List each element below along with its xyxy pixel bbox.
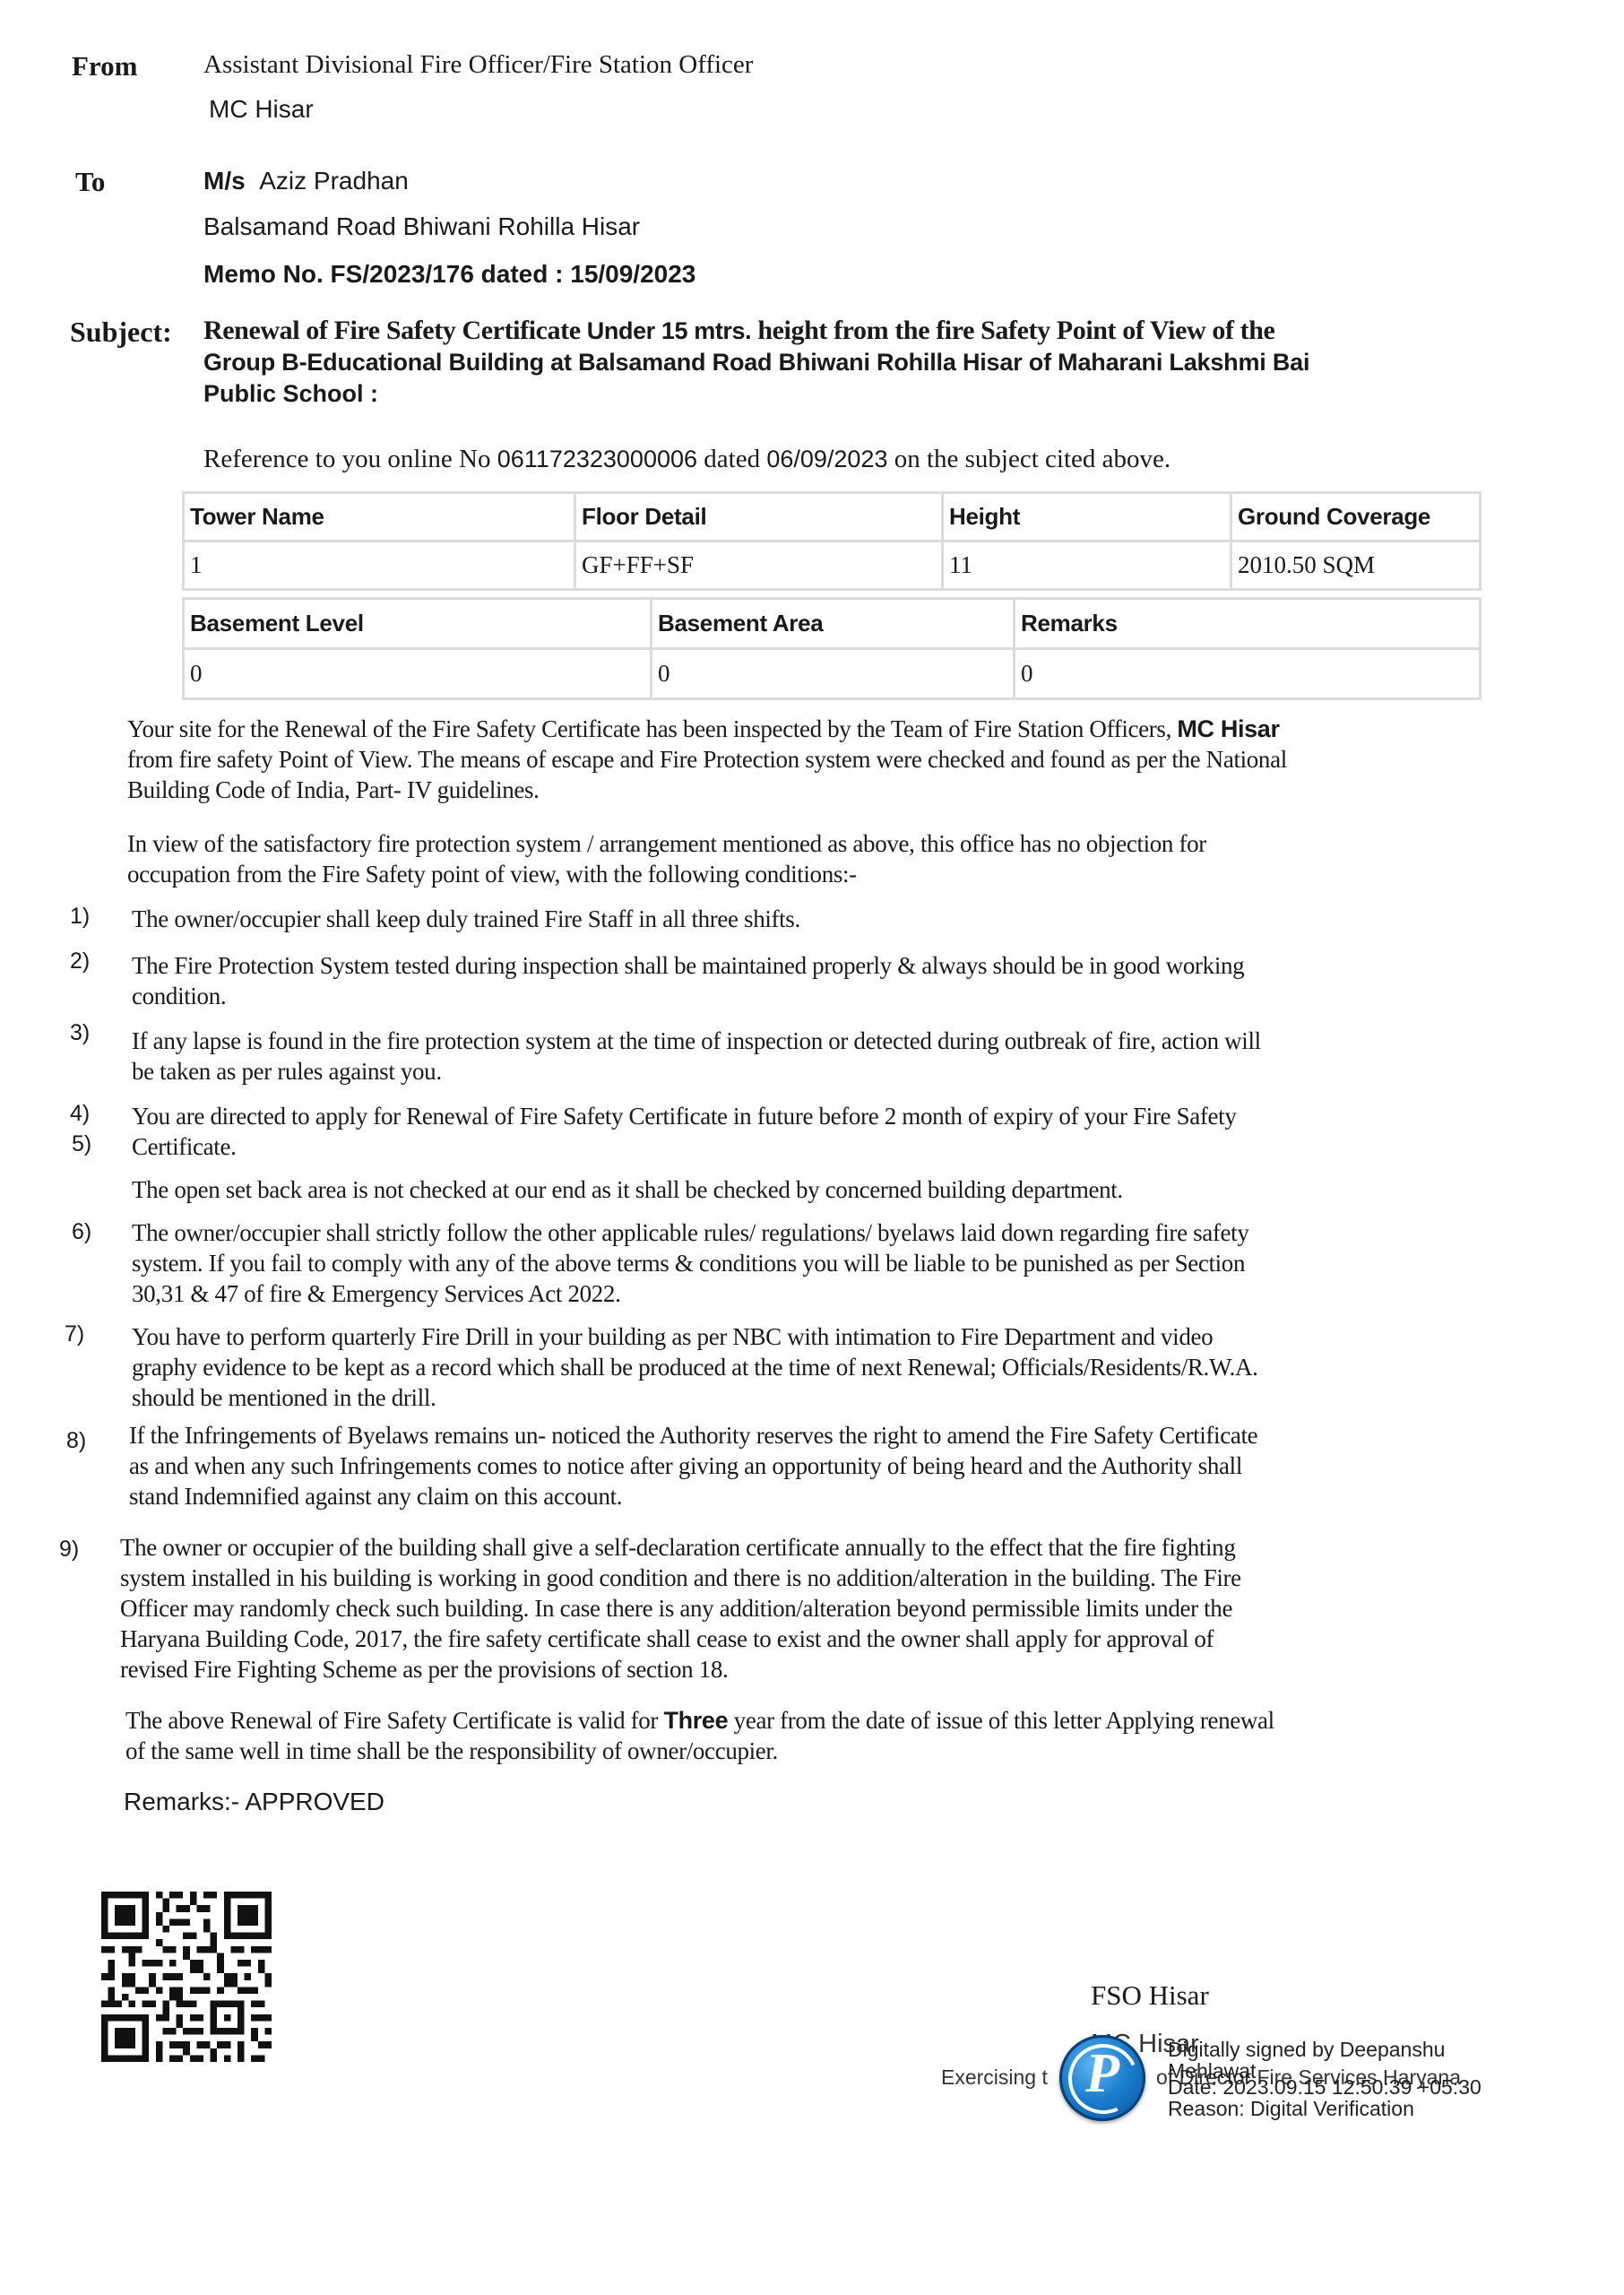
subject-label: Subject: xyxy=(70,316,172,349)
inspection-line-2: from fire safety Point of View. The mean… xyxy=(127,744,1287,775)
reference-suffix: on the subject cited above. xyxy=(894,445,1170,473)
table-row: 0 0 0 xyxy=(184,649,1481,699)
col-ground-coverage: Ground Coverage xyxy=(1231,493,1481,541)
condition-8: If the Infringements of Byelaws remains … xyxy=(129,1420,1257,1511)
noc-line-2: occupation from the Fire Safety point of… xyxy=(127,859,1206,889)
table-row: 1 GF+FF+SF 11 2010.50 SQM xyxy=(184,541,1481,590)
condition-number: 7) xyxy=(65,1321,84,1347)
condition-1: The owner/occupier shall keep duly train… xyxy=(132,904,800,934)
condition-4: You are directed to apply for Renewal of… xyxy=(132,1101,1236,1162)
col-remarks: Remarks xyxy=(1015,599,1481,649)
cell-ground-coverage: 2010.50 SQM xyxy=(1231,541,1481,590)
recipient: M/s Aziz Pradhan xyxy=(203,167,409,195)
condition-line: The owner/occupier shall keep duly train… xyxy=(132,904,800,934)
subject-part-3: height from the fire Safety Point of Vie… xyxy=(757,316,1274,345)
cell-height: 11 xyxy=(943,541,1231,590)
condition-line: Officer may randomly check such building… xyxy=(120,1593,1241,1624)
subject-line-2: Group B-Educational Building at Balsaman… xyxy=(203,349,1309,377)
subject-line-1: Renewal of Fire Safety Certificate Under… xyxy=(203,316,1274,346)
condition-9: The owner or occupier of the building sh… xyxy=(120,1532,1241,1684)
reference-mid: dated xyxy=(704,445,760,473)
col-height: Height xyxy=(943,493,1231,541)
condition-number: 2) xyxy=(70,948,90,974)
condition-line: as and when any such Infringements comes… xyxy=(129,1451,1257,1481)
condition-number: 8) xyxy=(66,1428,86,1454)
signatory-designation: FSO Hisar xyxy=(1091,1979,1209,2012)
signature-reason: Reason: Digital Verification xyxy=(1168,2098,1481,2119)
cell-floor-detail: GF+FF+SF xyxy=(575,541,943,590)
remarks-status: Remarks:- APPROVED xyxy=(124,1788,384,1816)
qr-code-icon xyxy=(101,1892,272,2062)
condition-6: The owner/occupier shall strictly follow… xyxy=(132,1217,1248,1309)
inspection-paragraph: Your site for the Renewal of the Fire Sa… xyxy=(127,714,1287,805)
condition-line: If any lapse is found in the fire protec… xyxy=(132,1026,1261,1056)
condition-number: 5) xyxy=(72,1131,91,1157)
exercising-powers-text: Exercising t xyxy=(941,2065,1048,2090)
basement-table-header-row: Basement Level Basement Area Remarks xyxy=(184,599,1481,649)
signed-by-line-1: Digitally signed by Deepanshu xyxy=(1168,2039,1481,2060)
noc-line-1: In view of the satisfactory fire protect… xyxy=(127,828,1206,859)
validity-suffix: year from the date of issue of this lett… xyxy=(734,1707,1274,1734)
condition-line: You have to perform quarterly Fire Drill… xyxy=(132,1321,1258,1352)
col-floor-detail: Floor Detail xyxy=(575,493,943,541)
validity-line-2: of the same well in time shall be the re… xyxy=(125,1736,1274,1766)
basement-table: Basement Level Basement Area Remarks 0 0… xyxy=(182,597,1481,700)
condition-2: The Fire Protection System tested during… xyxy=(132,950,1244,1011)
condition-line: revised Fire Fighting Scheme as per the … xyxy=(120,1654,1241,1684)
condition-line: If the Infringements of Byelaws remains … xyxy=(129,1420,1257,1451)
condition-number: 6) xyxy=(72,1219,91,1245)
inspection-office: MC Hisar xyxy=(1177,715,1279,742)
recipient-prefix: M/s xyxy=(203,167,246,195)
condition-7: You have to perform quarterly Fire Drill… xyxy=(132,1321,1258,1413)
validity-term: Three xyxy=(663,1707,728,1734)
from-office: MC Hisar xyxy=(209,95,314,124)
condition-line: The open set back area is not checked at… xyxy=(132,1174,1123,1205)
from-label: From xyxy=(72,50,137,82)
condition-number: 1) xyxy=(70,904,90,930)
condition-line: 30,31 & 47 of fire & Emergency Services … xyxy=(132,1278,1248,1309)
signature-date: Date: 2023.09.15 12:50:39 +05:30 xyxy=(1168,2076,1481,2098)
col-basement-area: Basement Area xyxy=(652,599,1015,649)
tower-table: Tower Name Floor Detail Height Ground Co… xyxy=(182,491,1481,591)
condition-line: Haryana Building Code, 2017, the fire sa… xyxy=(120,1624,1241,1654)
condition-line: The Fire Protection System tested during… xyxy=(132,950,1244,981)
recipient-address: Balsamand Road Bhiwani Rohilla Hisar xyxy=(203,212,640,241)
subject-part-2: Under 15 mtrs. xyxy=(587,317,751,344)
condition-line: Certificate. xyxy=(132,1131,1236,1162)
reference-prefix: Reference to you online No xyxy=(203,445,491,473)
condition-line: graphy evidence to be kept as a record w… xyxy=(132,1352,1258,1382)
condition-3: If any lapse is found in the fire protec… xyxy=(132,1026,1261,1087)
condition-number: 4) xyxy=(70,1101,90,1127)
digital-signature-info: Digitally signed by Deepanshu Mehlawat D… xyxy=(1168,2039,1481,2119)
memo-number: Memo No. FS/2023/176 dated : 15/09/2023 xyxy=(203,260,695,289)
reference-number: 061172323000006 xyxy=(497,446,697,472)
inspection-line-1: Your site for the Renewal of the Fire Sa… xyxy=(127,715,1171,742)
condition-line: system. If you fail to comply with any o… xyxy=(132,1248,1248,1278)
col-basement-level: Basement Level xyxy=(184,599,652,649)
from-designation: Assistant Divisional Fire Officer/Fire S… xyxy=(203,50,753,80)
condition-number: 9) xyxy=(59,1537,79,1563)
condition-line: system installed in his building is work… xyxy=(120,1563,1241,1593)
cell-basement-level: 0 xyxy=(184,649,652,699)
condition-line: condition. xyxy=(132,981,1244,1011)
reference-line: Reference to you online No 0611723230000… xyxy=(203,445,1170,474)
cell-tower-name: 1 xyxy=(184,541,575,590)
seal-letter: P xyxy=(1059,2042,1145,2106)
condition-line: be taken as per rules against you. xyxy=(132,1056,1261,1087)
condition-line: The owner or occupier of the building sh… xyxy=(120,1532,1241,1563)
exercising-prefix: Exercising t xyxy=(941,2065,1048,2089)
subject-part-1: Renewal of Fire Safety Certificate xyxy=(203,316,581,345)
condition-line: stand Indemnified against any claim on t… xyxy=(129,1481,1257,1511)
cell-basement-area: 0 xyxy=(652,649,1015,699)
validity-paragraph: The above Renewal of Fire Safety Certifi… xyxy=(125,1705,1274,1766)
noc-paragraph: In view of the satisfactory fire protect… xyxy=(127,828,1206,889)
subject-line-3: Public School : xyxy=(203,380,378,408)
col-tower-name: Tower Name xyxy=(184,493,575,541)
condition-5: The open set back area is not checked at… xyxy=(132,1174,1123,1205)
tower-table-header-row: Tower Name Floor Detail Height Ground Co… xyxy=(184,493,1481,541)
validity-prefix: The above Renewal of Fire Safety Certifi… xyxy=(125,1707,658,1734)
reference-date: 06/09/2023 xyxy=(766,446,887,472)
condition-line: The owner/occupier shall strictly follow… xyxy=(132,1217,1248,1248)
recipient-name: Aziz Pradhan xyxy=(259,167,409,195)
condition-line: should be mentioned in the drill. xyxy=(132,1382,1258,1413)
inspection-line-3: Building Code of India, Part- IV guideli… xyxy=(127,775,1287,805)
cell-remarks: 0 xyxy=(1015,649,1481,699)
to-label: To xyxy=(75,166,105,198)
condition-number: 3) xyxy=(70,1020,90,1046)
digital-signature-seal-icon: P xyxy=(1059,2035,1145,2121)
condition-line: You are directed to apply for Renewal of… xyxy=(132,1101,1236,1131)
